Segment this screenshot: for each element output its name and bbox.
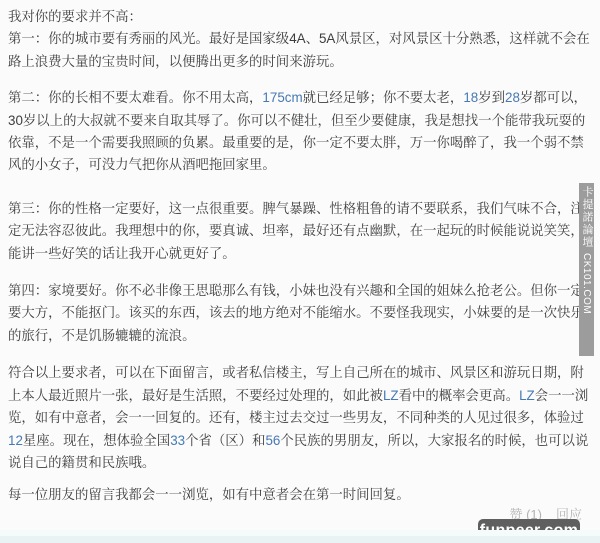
side-watermark-latin: CK101.COM (579, 253, 594, 314)
paragraph-text: 星座。现在，想体验全国 (23, 433, 170, 448)
post-body: 我对你的要求并不高： 第一：你的城市要有秀丽的风光。最好是国家级4A、5A风景区… (8, 6, 594, 507)
highlighted-text: 12 (8, 433, 23, 448)
post-paragraph: 第三：你的性格一定要好，这一点很重要。脾气暴躁、性格粗鲁的请不要联系，我们气味不… (8, 198, 594, 265)
bottom-band (0, 536, 600, 543)
post-paragraph: 第四：家境要好。你不必非像王思聪那么有钱，小妹也没有兴趣和全国的姐妹么抢老公。但… (8, 280, 594, 347)
highlighted-text: 33 (170, 433, 185, 448)
highlighted-text: 175cm (262, 90, 302, 105)
post-paragraph: 第二：你的长相不要太难看。你不用太高，175cm就已经足够；你不要太老，18岁到… (8, 87, 594, 177)
paragraph-text: 就已经足够；你不要太老， (303, 90, 464, 105)
paragraph-text: 个省（区）和 (185, 433, 265, 448)
post-paragraph: 每一位朋友的留言我都会一一浏览，如有中意者会在第一时间回复。 (8, 484, 594, 506)
post-paragraph: 符合以上要求者，可以在下面留言，或者私信楼主，写上自己所在的城市、风景区和游玩日… (8, 362, 594, 474)
paragraph-text: 每一位朋友的留言我都会一一浏览，如有中意者会在第一时间回复。 (8, 487, 410, 502)
paragraph-text: 看中的概率会更高。 (399, 388, 520, 403)
paragraph-text: 岁到 (478, 90, 505, 105)
highlighted-text: 56 (265, 433, 280, 448)
side-watermark: 卡提諾論壇 CK101.COM (579, 183, 594, 356)
paragraph-text: 我对你的要求并不高： 第一：你的城市要有秀丽的风光。最好是国家级4A、5A风景区… (8, 9, 590, 69)
highlighted-text: LZ (383, 388, 399, 403)
highlighted-text: LZ (519, 388, 535, 403)
post-paragraph: 我对你的要求并不高： 第一：你的城市要有秀丽的风光。最好是国家级4A、5A风景区… (8, 6, 594, 73)
paragraph-text: 第二：你的长相不要太难看。你不用太高， (8, 90, 262, 105)
highlighted-text: 28 (505, 90, 520, 105)
side-watermark-cjk: 卡提諾論壇 (579, 186, 594, 249)
paragraph-text: 第四：家境要好。你不必非像王思聪那么有钱，小妹也没有兴趣和全国的姐妹么抢老公。但… (8, 283, 584, 343)
highlighted-text: 18 (463, 90, 478, 105)
paragraph-text: 第三：你的性格一定要好，这一点很重要。脾气暴躁、性格粗鲁的请不要联系，我们气味不… (8, 201, 584, 261)
